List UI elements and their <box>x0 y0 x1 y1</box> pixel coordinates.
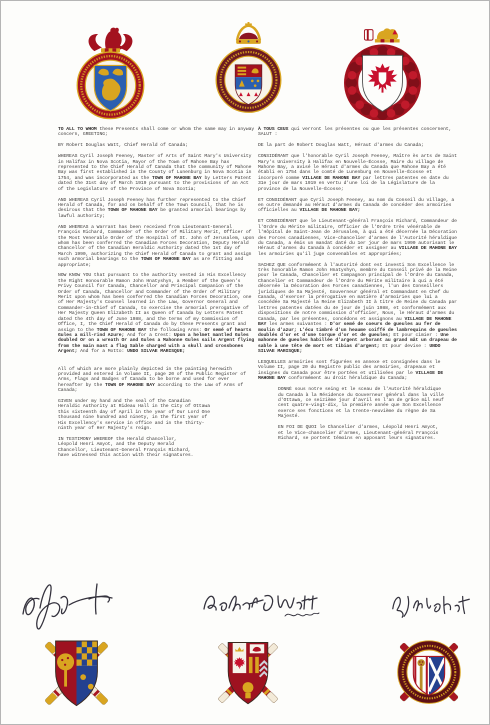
para-en-whereas-2: AND WHEREAS Cyril Joseph Feeney has furt… <box>58 198 255 220</box>
mace-icon <box>418 659 425 666</box>
french-column: À TOUS CEUX qui verront les présentes ou… <box>258 127 459 447</box>
watt-shield <box>228 643 268 704</box>
tree-icon <box>64 670 67 687</box>
lion-crest-roundel-badge <box>63 25 158 121</box>
amyot-arms <box>29 622 124 717</box>
authority-crest-icon <box>364 28 399 42</box>
deputy-herald-chancellor-signature <box>389 585 474 623</box>
para-fr-de-la-part: DE la part de Robert Douglas Watt, Hérau… <box>258 143 459 148</box>
maple-leaf-wreath-shield-badge <box>335 21 430 120</box>
crown-icon <box>236 22 261 44</box>
para-en-whereas-3: AND WHEREAS a Warrant has been received … <box>58 225 255 268</box>
english-column: TO ALL TO WHOM these Presents shall come… <box>58 127 255 464</box>
para-fr-en-foi: EN FOI DE QUOI le Chancelier d'armes, Lé… <box>278 425 446 441</box>
para-fr-considerant-2: ET CONSIDÉRANT que Cyril Joseph Feeney, … <box>258 198 459 214</box>
para-en-grant-blazon: NOW KNOW YOU that pursuant to the author… <box>58 273 255 354</box>
para-fr-considerant-1: CONSIDÉRANT que l'honorable Cyril Joseph… <box>258 154 459 192</box>
canada-wordmark-script <box>285 613 319 616</box>
lion-crest-icon <box>105 28 122 51</box>
letters-patent-document: TO ALL TO WHOM these Presents shall come… <box>0 0 490 725</box>
watt-arms <box>203 622 293 717</box>
amyot-shield <box>56 641 98 706</box>
mantling-left <box>89 34 102 51</box>
para-fr-donne: DONNÉ sous notre seing et le sceau de l'… <box>278 387 446 419</box>
para-en-testimony: IN TESTIMONY WHEREOF the Herald Chancell… <box>58 437 198 459</box>
para-fr-registre: LESQUELLES armoiries sont figurées en an… <box>258 360 459 382</box>
chief-herald-signature <box>199 583 324 625</box>
para-en-given: GIVEN under my hand and the seal of the … <box>58 399 210 431</box>
para-fr-considerant-3: ET CONSIDÉRANT que le Lieutenant-général… <box>258 219 459 257</box>
para-fr-salut: À TOUS CEUX qui verront les présentes ou… <box>258 127 459 138</box>
richard-badge <box>383 620 475 715</box>
para-en-by-line: BY Robert Douglas Watt, Chief Herald of … <box>58 143 255 148</box>
crowned-royal-arms-roundel-badge <box>201 21 296 118</box>
para-en-greeting: TO ALL TO WHOM these Presents shall come… <box>58 127 255 138</box>
para-en-register: All of which are more plainly depicted i… <box>58 367 255 394</box>
para-en-whereas-1: WHEREAS Cyril Joseph Feeney, Master of A… <box>58 154 255 192</box>
para-fr-sachez-blazon: SACHEZ QUE conformément à l'autorité don… <box>258 263 459 355</box>
